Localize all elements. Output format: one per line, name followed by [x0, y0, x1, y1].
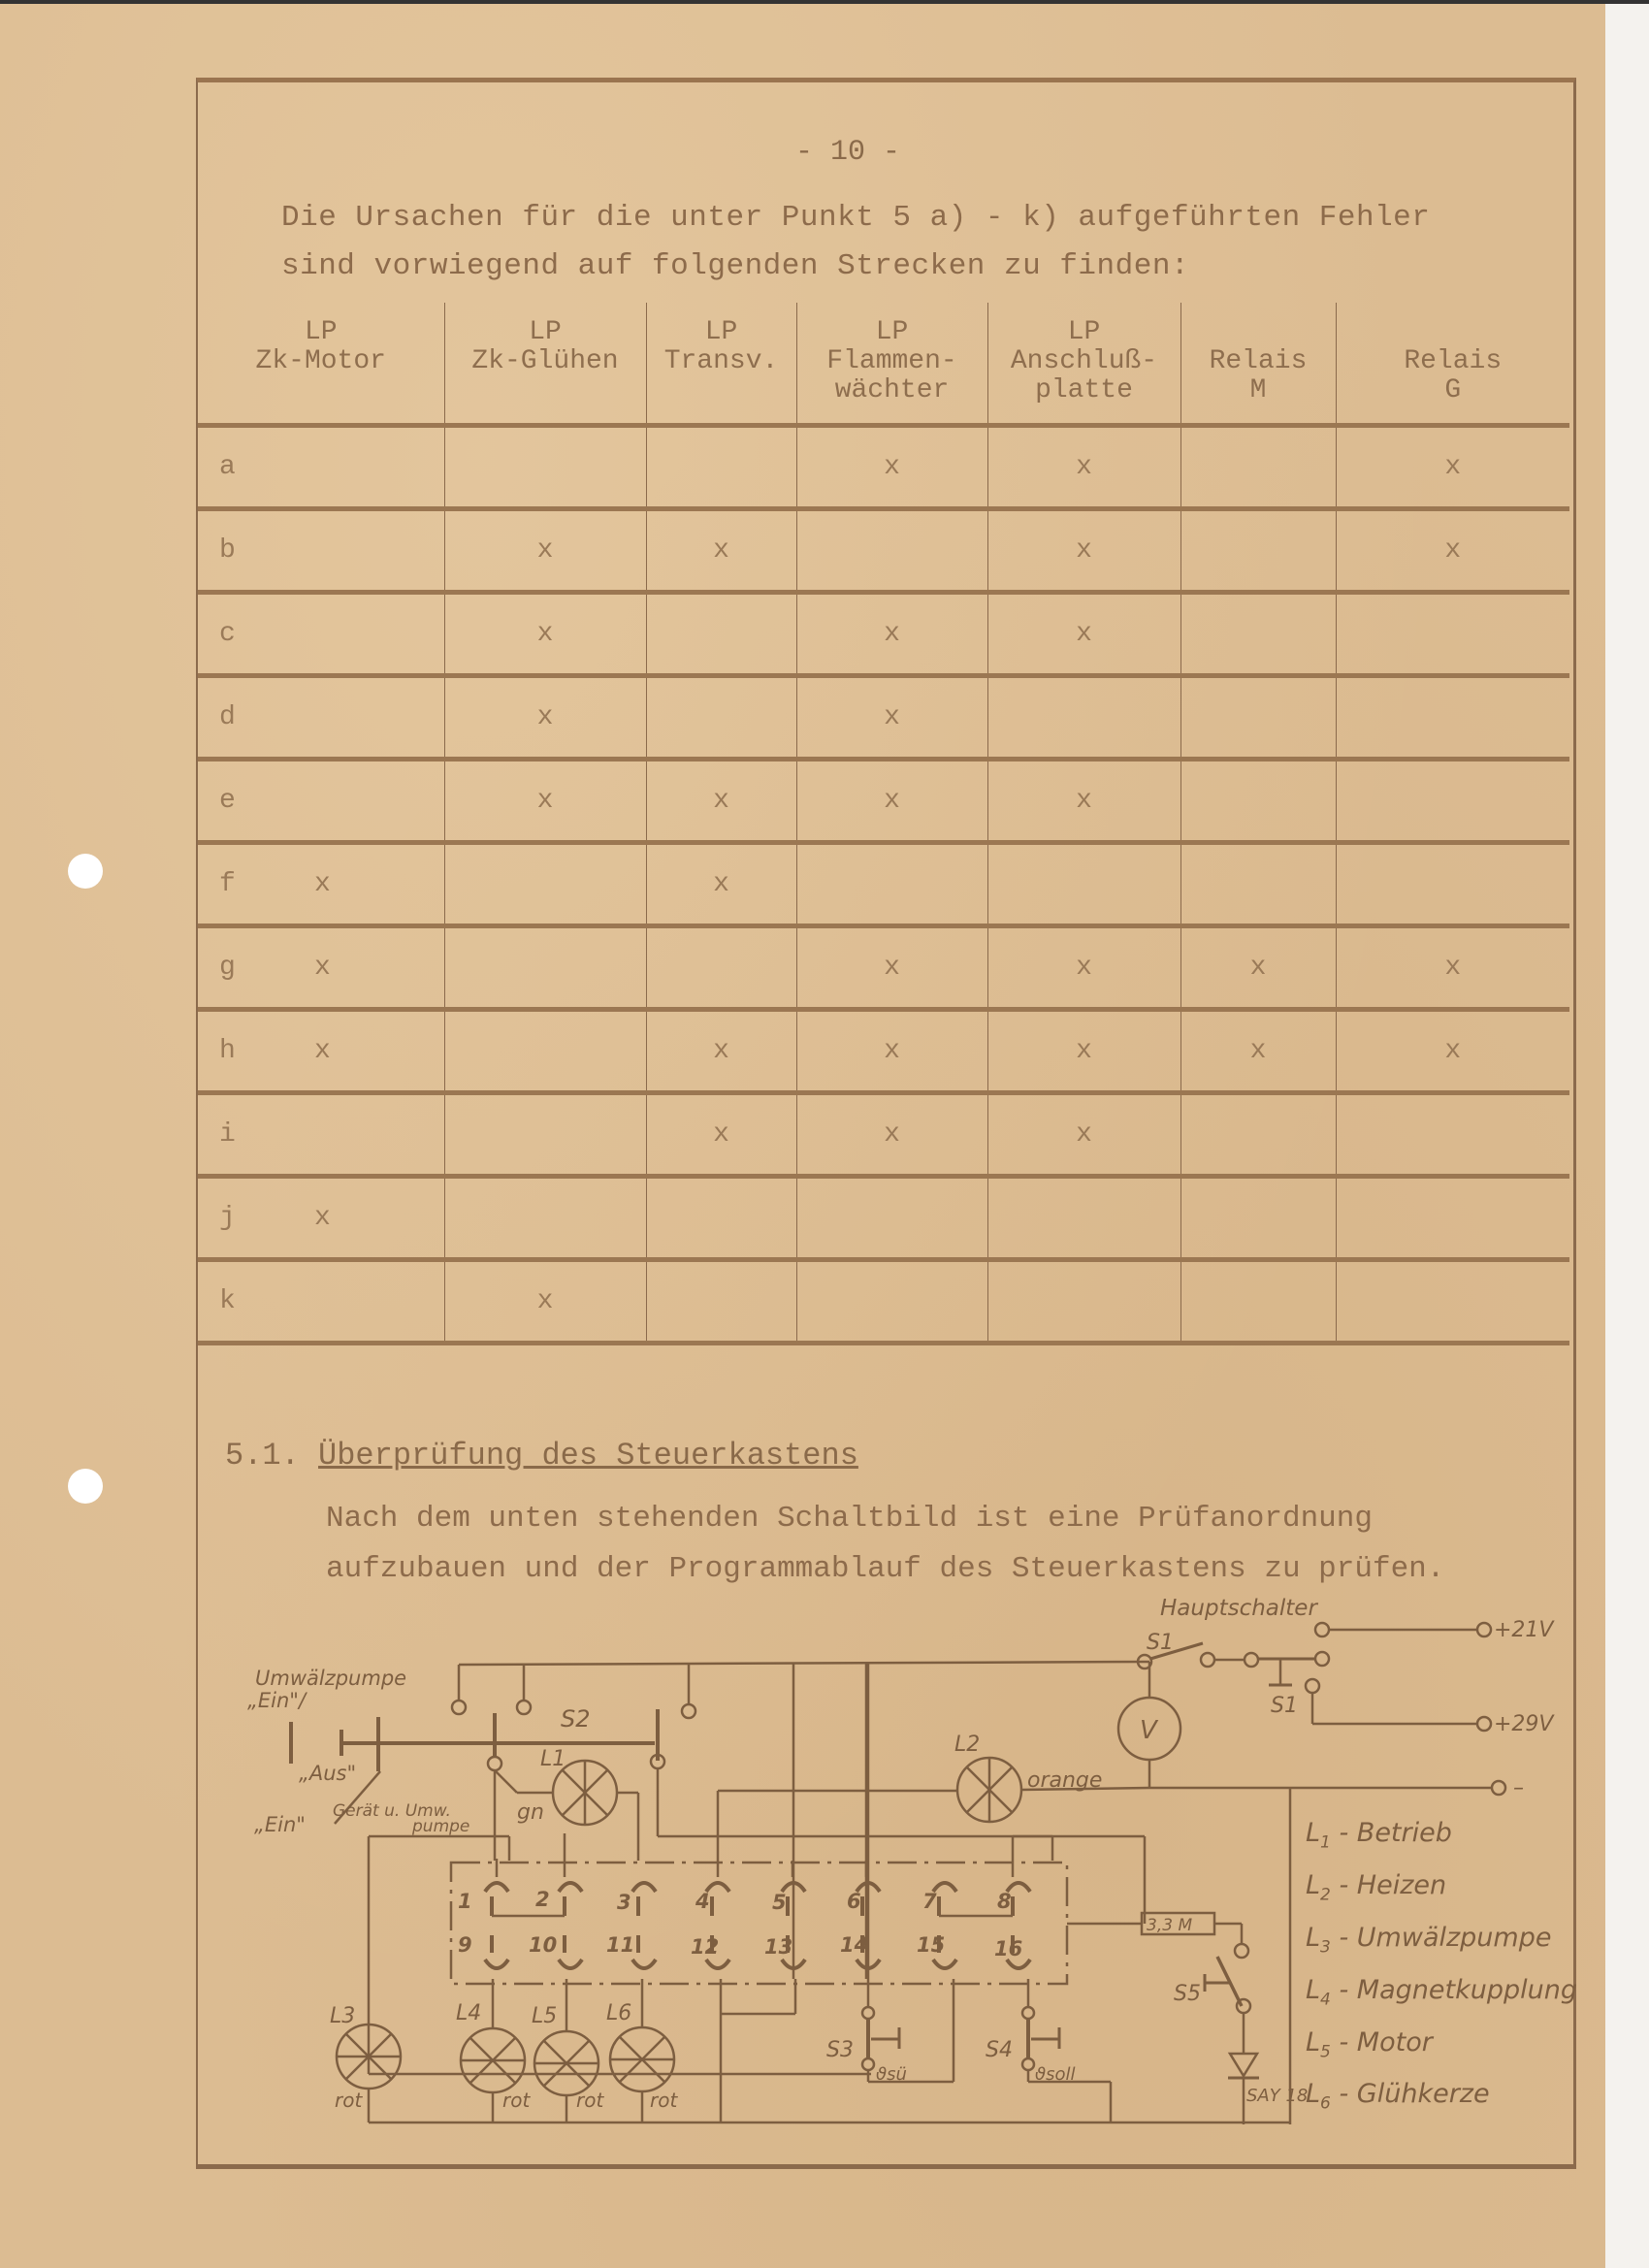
legend-item: L2 - Heizen [1306, 1864, 1577, 1917]
svg-text:13: 13 [764, 1935, 792, 1959]
svg-text:rot: rot [335, 2089, 363, 2112]
svg-text:„Ein": „Ein" [254, 1813, 306, 1836]
svg-text:8: 8 [997, 1890, 1012, 1913]
svg-text:L5: L5 [532, 2004, 557, 2028]
svg-text:L4: L4 [456, 2001, 481, 2025]
lamp-legend: L1 - BetriebL2 - HeizenL3 - UmwälzpumpeL… [1306, 1812, 1577, 2125]
svg-text:Umwälzpumpe: Umwälzpumpe [255, 1667, 406, 1690]
svg-text:S1: S1 [1271, 1694, 1298, 1718]
svg-text:16: 16 [994, 1937, 1022, 1960]
svg-text:1: 1 [458, 1890, 472, 1913]
svg-text:S2: S2 [561, 1705, 591, 1733]
svg-text:L6: L6 [606, 2001, 631, 2025]
l1-color: gn [517, 1800, 544, 1825]
svg-text:S4: S4 [986, 2038, 1013, 2062]
svg-text:7: 7 [922, 1890, 937, 1913]
svg-text:5: 5 [772, 1891, 787, 1914]
legend-item: L3 - Umwälzpumpe [1306, 1917, 1577, 1969]
svg-text:9: 9 [458, 1933, 472, 1957]
svg-text:rot: rot [650, 2089, 678, 2112]
legend-item: L4 - Magnetkupplung [1306, 1969, 1577, 2022]
svg-text:14: 14 [840, 1933, 868, 1957]
svg-text:ϑsü: ϑsü [876, 2064, 907, 2085]
l2-color: orange [1027, 1768, 1102, 1793]
svg-text:15: 15 [917, 1933, 945, 1957]
voltmeter-label: V [1140, 1716, 1159, 1745]
svg-text:rot: rot [576, 2089, 604, 2112]
svg-text:S3: S3 [826, 2038, 854, 2062]
svg-text:6: 6 [847, 1890, 861, 1913]
svg-text:L3: L3 [330, 2004, 355, 2028]
svg-text:ϑsoll: ϑsoll [1035, 2064, 1076, 2085]
svg-text:L2: L2 [954, 1733, 980, 1757]
diode-type: SAY 18 [1246, 2086, 1308, 2106]
svg-text:3: 3 [617, 1891, 631, 1914]
svg-text:pumpe: pumpe [411, 1817, 469, 1836]
legend-item: L5 - Motor [1306, 2022, 1577, 2074]
main-switch-label: Hauptschalter [1160, 1596, 1318, 1621]
svg-text:rot: rot [502, 2089, 531, 2112]
svg-text:S1: S1 [1147, 1631, 1174, 1655]
svg-text:„Aus": „Aus" [299, 1762, 356, 1785]
svg-text:„Ein"/: „Ein"/ [247, 1689, 307, 1712]
svg-text:12: 12 [691, 1935, 719, 1959]
svg-text:4: 4 [695, 1890, 710, 1913]
svg-text:L1: L1 [540, 1747, 566, 1771]
voltage-29v: +29V [1494, 1712, 1555, 1736]
svg-text:2: 2 [535, 1888, 550, 1911]
legend-item: L6 - Glühkerze [1306, 2073, 1577, 2125]
resistor-value: 3,3 M [1147, 1916, 1192, 1935]
minus-terminal: – [1513, 1776, 1524, 1800]
svg-text:11: 11 [606, 1933, 634, 1957]
svg-text:S5: S5 [1174, 1982, 1201, 2006]
voltage-21v: +21V [1494, 1618, 1555, 1642]
legend-item: L1 - Betrieb [1306, 1812, 1577, 1864]
svg-text:10: 10 [529, 1933, 557, 1957]
